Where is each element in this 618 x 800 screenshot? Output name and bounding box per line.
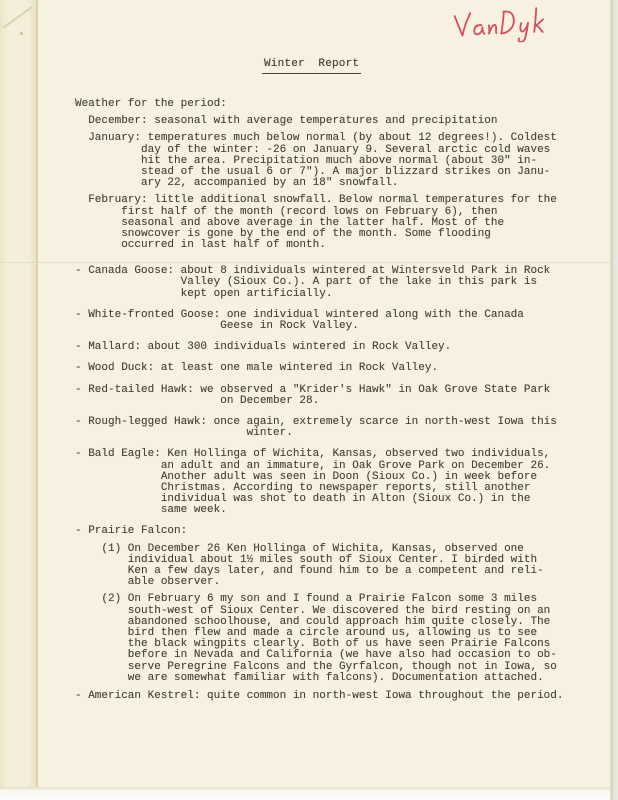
- block-species-bald-eagle: - Bald Eagle: Ken Hollinga of Wichita, K…: [75, 449, 588, 516]
- scan-right-edge: [610, 0, 618, 800]
- document-line: ary 22, accompanied by an 18" snowfall.: [75, 178, 588, 189]
- block-species-canada-goose: - Canada Goose: about 8 individuals wint…: [75, 266, 588, 300]
- block-weather-header: Weather for the period:: [75, 99, 588, 110]
- document-line: January: temperatures much below normal …: [75, 133, 588, 144]
- document-line: occurred in last half of month.: [75, 240, 588, 251]
- report-body: Weather for the period: December: season…: [75, 99, 588, 702]
- document-line: Geese in Rock Valley.: [75, 321, 588, 332]
- block-weather-february: February: little additional snowfall. Be…: [75, 195, 588, 251]
- document-line: same week.: [75, 505, 588, 516]
- block-species-wood-duck: - Wood Duck: at least one male wintered …: [75, 363, 588, 374]
- document-line: serve Peregrine Falcons and the Gyrfalco…: [75, 662, 588, 673]
- document-line: - Mallard: about 300 individuals wintere…: [75, 342, 588, 353]
- document-line: we are somewhat familiar with falcons). …: [75, 673, 588, 684]
- document-line: February: little additional snowfall. Be…: [75, 195, 588, 206]
- page-left-edge: [0, 0, 36, 800]
- block-species-prairie-falcon-header: - Prairie Falcon:: [75, 526, 588, 537]
- paper-speck: [20, 32, 23, 35]
- document-line: on December 28.: [75, 396, 588, 407]
- document-line: December: seasonal with average temperat…: [75, 116, 588, 127]
- block-species-red-tailed-hawk: - Red-tailed Hawk: we observed a "Krider…: [75, 385, 588, 407]
- block-weather-january: January: temperatures much below normal …: [75, 133, 588, 189]
- block-species-rough-legged-hawk: - Rough-legged Hawk: once again, extreme…: [75, 417, 588, 439]
- document-line: - Wood Duck: at least one male wintered …: [75, 363, 588, 374]
- document-line: kept open artificially.: [75, 289, 588, 300]
- document-line: - Bald Eagle: Ken Hollinga of Wichita, K…: [75, 449, 588, 460]
- document-line: able observer.: [75, 577, 588, 588]
- document-line: before in Nevada and California (we have…: [75, 650, 588, 661]
- document-line: an adult and an immature, in Oak Grove P…: [75, 461, 588, 472]
- block-weather-december: December: seasonal with average temperat…: [75, 116, 588, 127]
- handwritten-name-annotation: [451, 4, 558, 45]
- block-species-white-fronted-goose: - White-fronted Goose: one individual wi…: [75, 310, 588, 332]
- document-line: Weather for the period:: [75, 99, 588, 110]
- document-line: winter.: [75, 428, 588, 439]
- block-prairie-falcon-observation-1: (1) On December 26 Ken Hollinga of Wichi…: [75, 544, 588, 589]
- report-title: Winter Report: [262, 58, 361, 74]
- document-line: first half of the month (record lows on …: [75, 207, 588, 218]
- vertical-fold-crease: [36, 0, 38, 800]
- document-line: (2) On February 6 my son and I found a P…: [75, 594, 588, 605]
- document-line: Valley (Sioux Co.). A part of the lake i…: [75, 277, 588, 288]
- document-line: - Prairie Falcon:: [75, 526, 588, 537]
- document-line: - American Kestrel: quite common in nort…: [75, 691, 588, 702]
- block-species-mallard: - Mallard: about 300 individuals wintere…: [75, 342, 588, 353]
- page-bottom-edge: [0, 787, 618, 800]
- block-prairie-falcon-observation-2: (2) On February 6 my son and I found a P…: [75, 594, 588, 684]
- scanned-page: Winter Report Weather for the period: De…: [0, 0, 618, 800]
- block-species-american-kestrel: - American Kestrel: quite common in nort…: [75, 691, 588, 702]
